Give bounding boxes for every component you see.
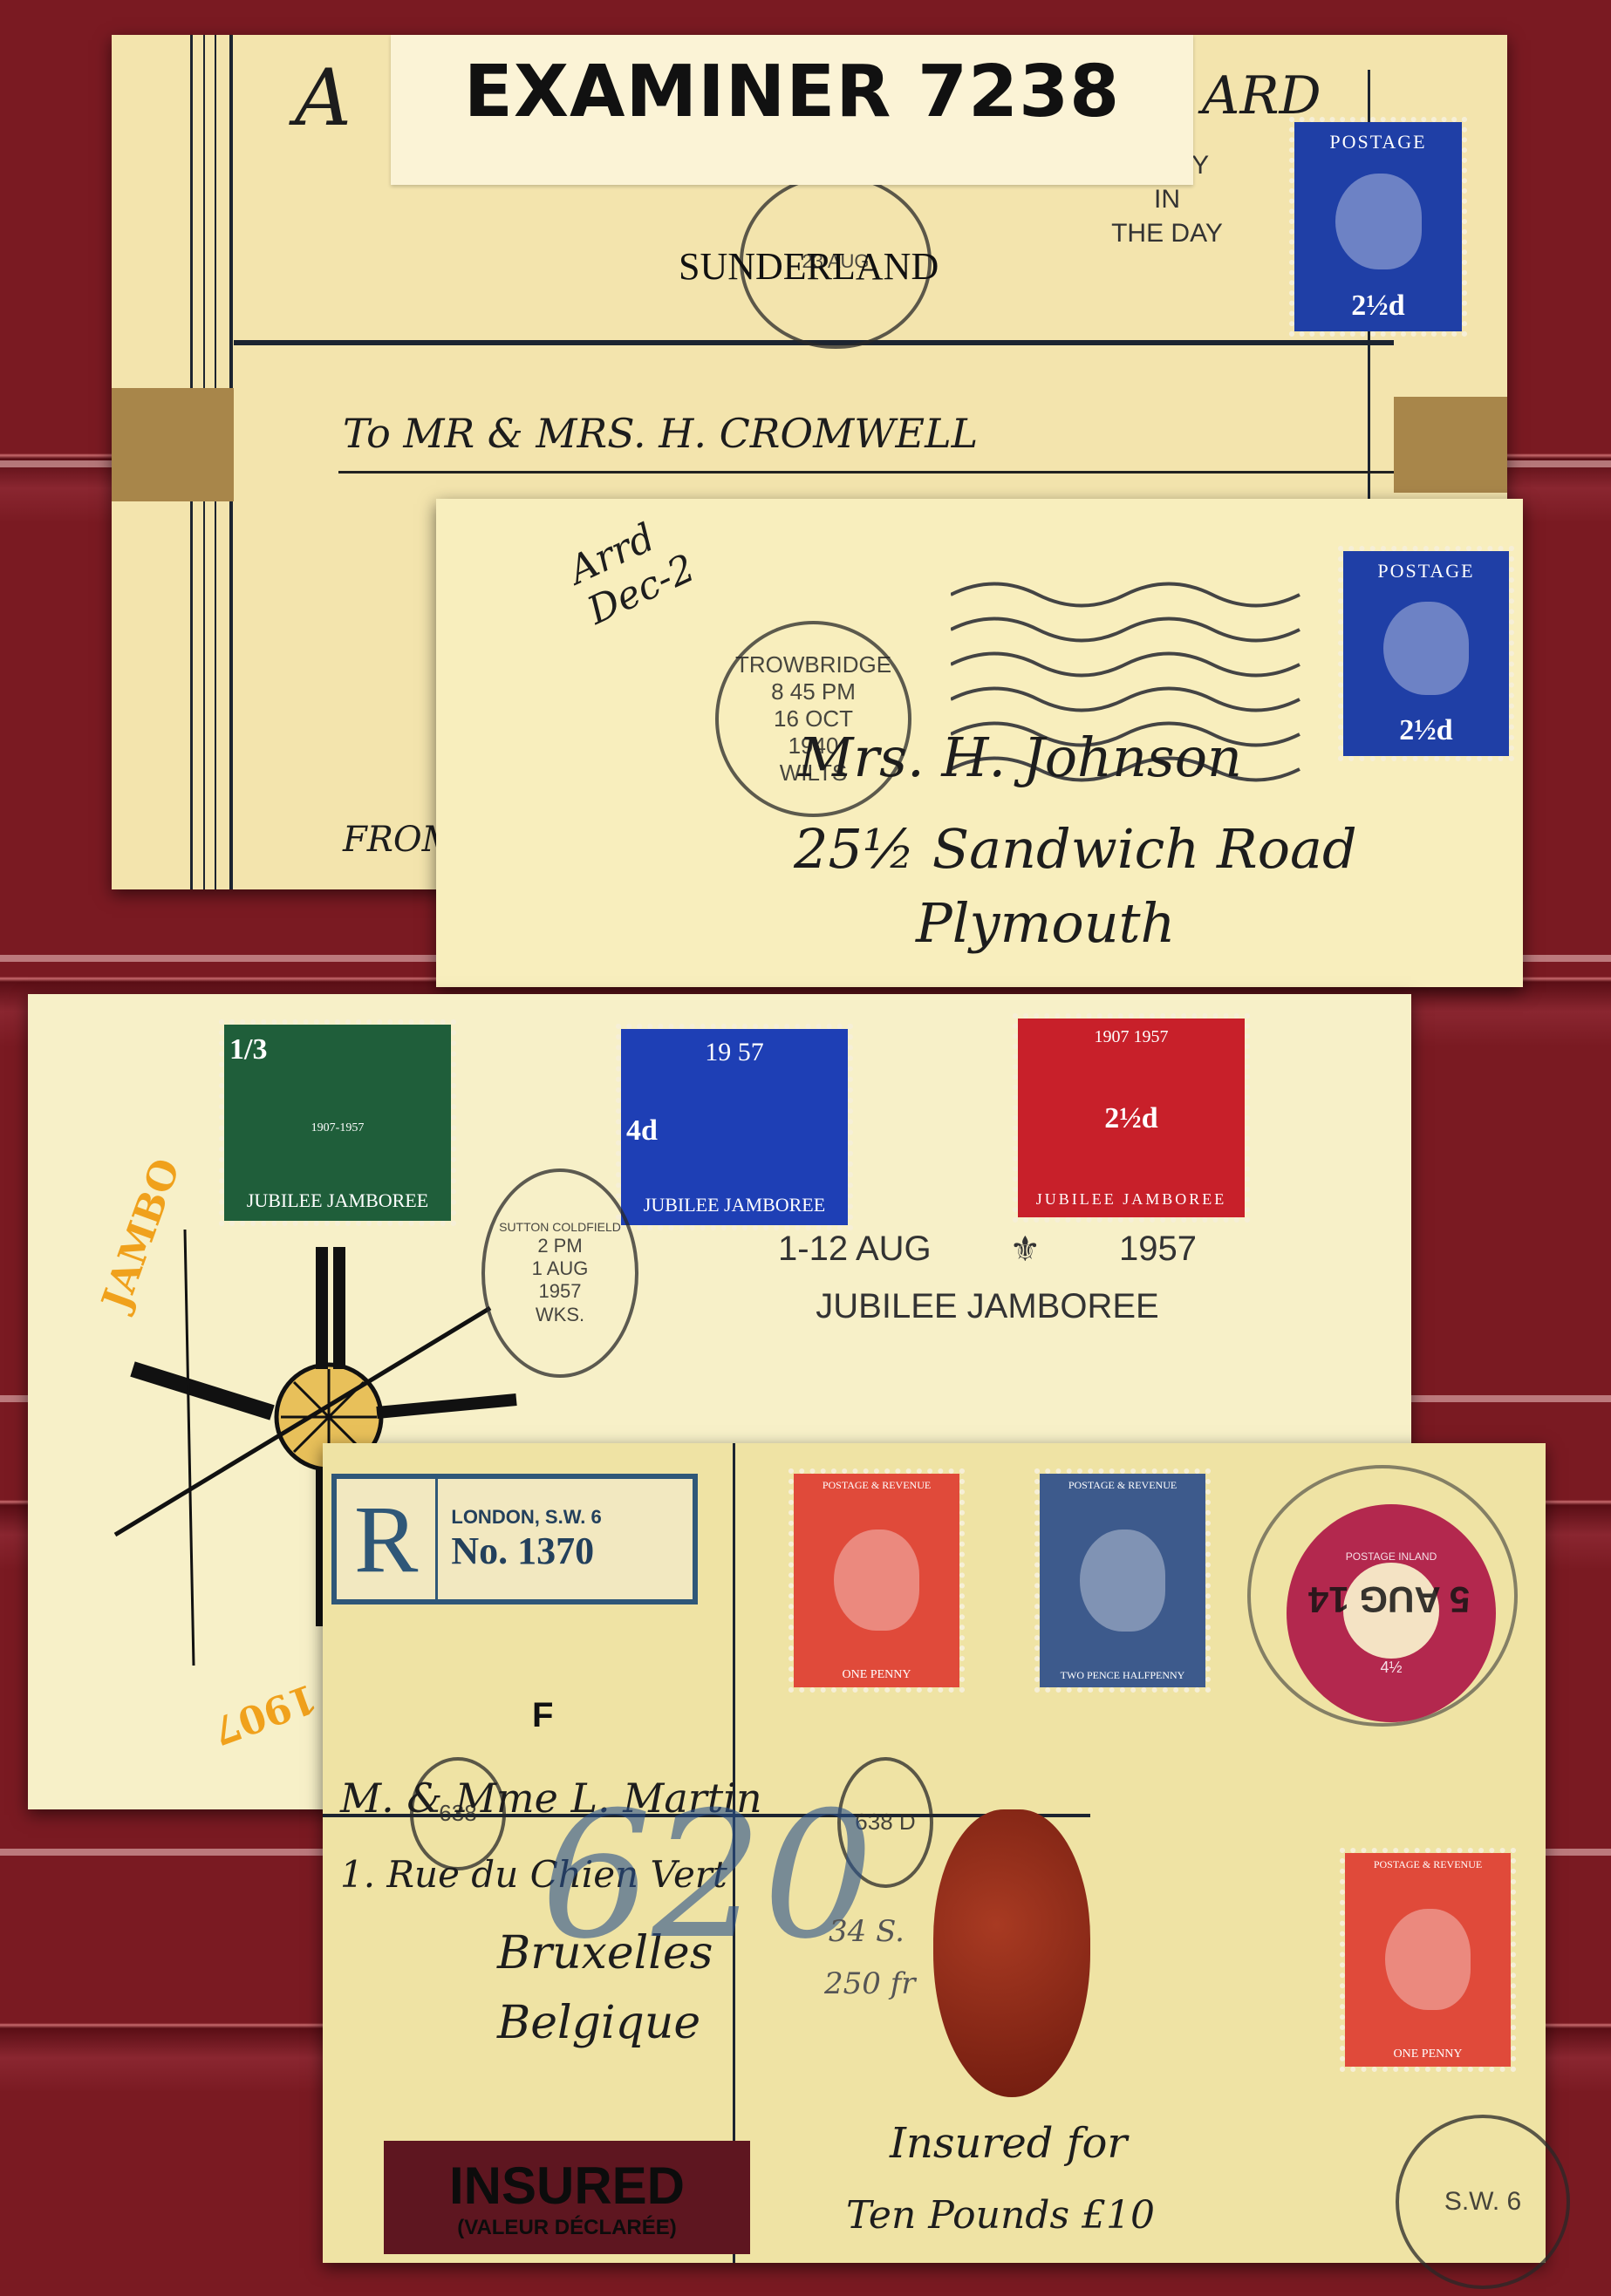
postmark-suffix: WKS. (536, 1304, 584, 1326)
stamp-years: 19 57 (705, 1038, 764, 1067)
king-portrait-icon (1335, 174, 1422, 269)
cover-registered-insured: R LONDON, S.W. 6 No. 1370 F POSTAGE & RE… (323, 1443, 1546, 2263)
king-portrait-icon (1383, 602, 1469, 696)
stamp-text: POSTAGE & REVENUE (1374, 1858, 1482, 1871)
stamp-text: ONE PENNY (843, 1668, 911, 1682)
slogan-dates: 1-12 AUG (778, 1230, 932, 1270)
class-mark: F (532, 1696, 553, 1735)
stamp-caption: JAMBOREE (1123, 1190, 1226, 1208)
examiner-text: EXAMINER 7238 (464, 51, 1120, 133)
embossed-value: 4½ (1380, 1659, 1402, 1677)
postmark-town: TROWBRIDGE (735, 651, 891, 678)
addressee: To MR & MRS. H. CROMWELL (343, 410, 978, 457)
postmark-date: 1 AUG (532, 1257, 589, 1280)
stamp-caption: JUBILEE JAMBOREE (247, 1189, 428, 1212)
address-line-1: Mrs. H. Johnson (798, 726, 1242, 789)
postmark-town: SUTTON COLDFIELD (499, 1220, 621, 1235)
insured-note-line-2: Ten Pounds £10 (846, 2193, 1155, 2238)
address-line-2: 25½ Sandwich Road (794, 817, 1357, 881)
slogan-line: THE DAY (1106, 216, 1228, 250)
stamp-value: 4d (626, 1114, 658, 1148)
address-line-3: Plymouth (916, 891, 1175, 955)
town-name: SUNDERLAND (679, 244, 939, 289)
postmark-time: 8 45 PM (771, 678, 856, 705)
stamp-george-v-1d-red: POSTAGE & REVENUE ONE PENNY (794, 1474, 959, 1687)
insured-title: INSURED (449, 2156, 685, 2216)
cover-trowbridge: Arrd Dec-2 TROWBRIDGE 8 45 PM 16 OCT 194… (436, 499, 1523, 987)
stamp-text: POSTAGE & REVENUE (1068, 1479, 1177, 1492)
slogan-cancel: 1-12 AUG ⚜ 1957 JUBILEE JAMBOREE (778, 1230, 1197, 1326)
stamp-value: 2½d (1399, 714, 1452, 747)
insured-note-line-1: Insured for (890, 2119, 1127, 2168)
stamp-text: POSTAGE & REVENUE (823, 1479, 931, 1492)
address-line (338, 471, 1394, 474)
sutton-coldfield-postmark: SUTTON COLDFIELD 2 PM 1 AUG 1957 WKS. (481, 1168, 638, 1378)
stamp-value: 1/3 (229, 1033, 267, 1066)
stamp-george-vi-2half-blue: POSTAGE 2½d (1294, 122, 1462, 331)
stamp-value: 2½d (1351, 290, 1404, 323)
slogan-line: IN (1106, 182, 1228, 216)
stamp-value: 2½d (1104, 1102, 1157, 1135)
stamp-george-v-2half-blue: POSTAGE & REVENUE TWO PENCE HALFPENNY (1040, 1474, 1205, 1687)
registration-letter: R (354, 1484, 418, 1595)
postmark-year: 1957 (539, 1280, 582, 1303)
stamp-text: TWO PENCE HALFPENNY (1061, 1669, 1185, 1682)
stamp-text: POSTAGE (1377, 560, 1474, 583)
stamp-jamboree-2half-red: 1907 1957 2½d JUBILEE JAMBOREE (1018, 1019, 1245, 1217)
pencil-note: 34 S. (829, 1914, 904, 1949)
king-portrait-icon (834, 1530, 919, 1632)
stamp-text: POSTAGE (1329, 131, 1426, 153)
fleur-de-lis-icon: ⚜ (1009, 1230, 1041, 1270)
stamp-years: 1907 1957 (1095, 1027, 1169, 1047)
registration-label: R LONDON, S.W. 6 No. 1370 (331, 1474, 698, 1604)
header-word-end: ARD (1202, 65, 1321, 126)
wax-seal (933, 1792, 1090, 2106)
king-portrait-icon (1080, 1530, 1165, 1632)
postmark-time: 2 PM (537, 1235, 582, 1257)
slogan-year: 1957 (1119, 1230, 1197, 1270)
tape-strip (112, 388, 234, 501)
slogan-text: JUBILEE JAMBOREE (778, 1287, 1197, 1326)
stamp-george-v-1d-red: POSTAGE & REVENUE ONE PENNY (1345, 1853, 1511, 2067)
insured-label: INSURED (VALEUR DÉCLARÉE) (384, 2141, 750, 2254)
stamp-jamboree-4d-blue: 19 57 4d JUBILEE JAMBOREE (621, 1029, 848, 1225)
stamp-years: 1907-1957 (311, 1121, 365, 1135)
tape-strip (1394, 397, 1507, 493)
stamp-text: ONE PENNY (1394, 2047, 1463, 2061)
insured-subtitle: (VALEUR DÉCLARÉE) (457, 2216, 677, 2240)
stamp-jamboree-1s3d-green: 1/3 1907-1957 JUBILEE JAMBOREE (224, 1025, 451, 1221)
pencil-note: 250 fr (824, 1966, 916, 2001)
embossed-text: POSTAGE INLAND (1346, 1550, 1437, 1563)
king-portrait-icon (1385, 1909, 1471, 2011)
address-line-4: Belgique (497, 1997, 700, 2049)
blue-crayon-mark: 620 (541, 1775, 874, 1978)
examiner-label: EXAMINER 7238 (391, 35, 1193, 185)
stamp-caption: JUBILEE JAMBOREE (644, 1194, 825, 1216)
registration-number: No. 1370 (451, 1529, 601, 1573)
registration-office: LONDON, S.W. 6 (451, 1506, 601, 1529)
sw6-cancel: S.W. 6 (1396, 2115, 1570, 2289)
cancel-date: 5 AUG 14 (1308, 1578, 1470, 1620)
stamp-caption: JUBILEE (1036, 1190, 1116, 1208)
stamp-george-vi-2half-blue: POSTAGE 2½d (1343, 551, 1509, 756)
header-letter: A (295, 52, 352, 144)
receipt-annotation: Arrd Dec-2 (562, 506, 701, 634)
